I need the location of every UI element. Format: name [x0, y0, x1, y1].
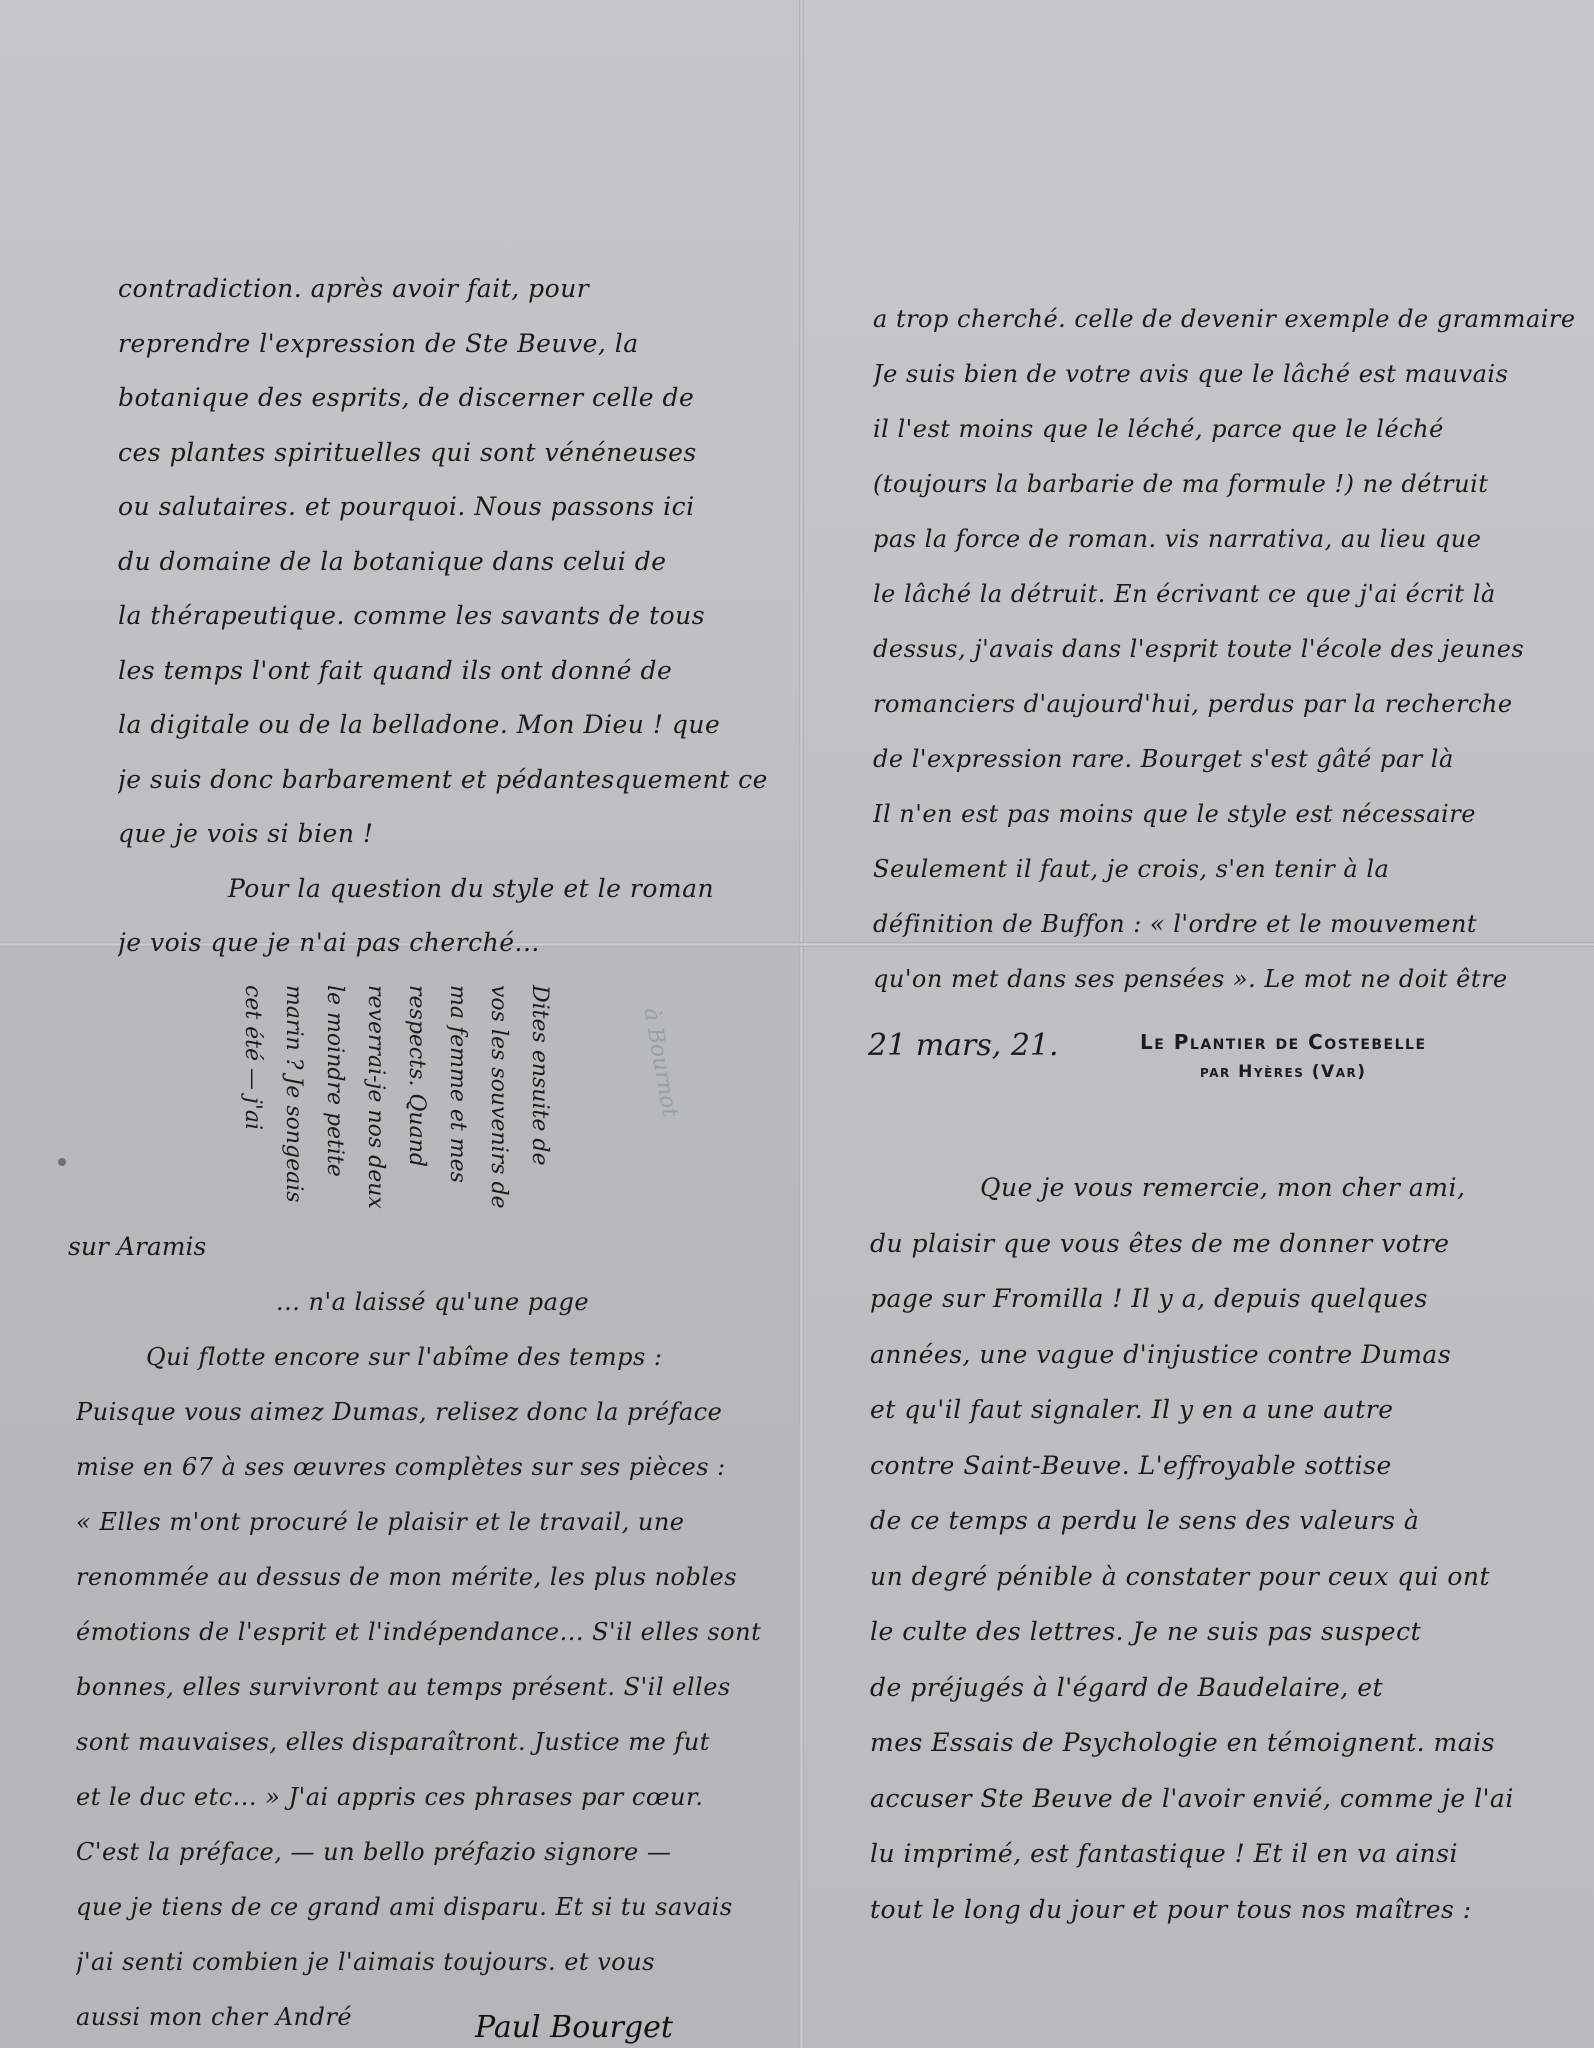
text-line: et le duc etc... » J'ai appris ces phras…: [76, 1770, 761, 1825]
text-line: je vois que je n'ai pas cherché...: [118, 916, 768, 971]
text-line: le lâché la détruit. En écrivant ce que …: [873, 567, 1576, 622]
margin-line: respects. Quand: [396, 985, 437, 1209]
margin-line: marin ? Je songeais: [273, 985, 314, 1209]
text-line: Il n'en est pas moins que le style est n…: [873, 787, 1576, 842]
margin-line: cet été — j'ai: [232, 985, 273, 1209]
text-line: bonnes, elles survivront au temps présen…: [76, 1660, 761, 1715]
text-line: accuser Ste Beuve de l'avoir envié, comm…: [870, 1771, 1514, 1827]
text-line: sont mauvaises, elles disparaîtront. Jus…: [76, 1715, 761, 1770]
text-line: et qu'il faut signaler. Il y en a une au…: [870, 1382, 1514, 1438]
text-line: du domaine de la botanique dans celui de: [118, 535, 768, 590]
letterhead: Le Plantier de Costebelle par Hyères (Va…: [1140, 1030, 1427, 1082]
text-line: romanciers d'aujourd'hui, perdus par la …: [873, 677, 1576, 732]
text-line: Je suis bien de votre avis que le lâché …: [873, 347, 1576, 402]
text-line: j'ai senti combien je l'aimais toujours.…: [76, 1935, 761, 1990]
text-line: Que je vous remercie, mon cher ami,: [870, 1160, 1514, 1216]
letter-date: 21 mars, 21.: [868, 1028, 1059, 1063]
text-line: émotions de l'esprit et l'indépendance..…: [76, 1605, 761, 1660]
text-line: de ce temps a perdu le sens des valeurs …: [870, 1493, 1514, 1549]
sur-line: sur Aramis: [68, 1232, 206, 1261]
text-line: reprendre l'expression de Ste Beuve, la: [118, 317, 768, 372]
text-line: il l'est moins que le léché, parce que l…: [873, 402, 1576, 457]
page-bottom-right-text: Que je vous remercie, mon cher ami, du p…: [870, 1160, 1514, 1937]
text-line: renommée au dessus de mon mérite, les pl…: [76, 1550, 761, 1605]
text-line: ... n'a laissé qu'une page: [76, 1275, 761, 1330]
text-line: années, une vague d'injustice contre Dum…: [870, 1327, 1514, 1383]
text-line: pas la force de roman. vis narrativa, au…: [873, 512, 1576, 567]
signature: Paul Bourget: [475, 2010, 673, 2045]
page-top-left-text: contradiction. après avoir fait, pour re…: [118, 262, 768, 971]
text-line: qu'on met dans ses pensées ». Le mot ne …: [873, 952, 1576, 1007]
text-line: mise en 67 à ses œuvres complètes sur se…: [76, 1440, 761, 1495]
text-line: lu imprimé, est fantastique ! Et il en v…: [870, 1826, 1514, 1882]
page-top-right-text: a trop cherché. celle de devenir exemple…: [873, 292, 1576, 1007]
text-line: « Elles m'ont procuré le plaisir et le t…: [76, 1495, 761, 1550]
text-line: dessus, j'avais dans l'esprit toute l'éc…: [873, 622, 1576, 677]
text-line: Pour la question du style et le roman: [118, 862, 768, 917]
text-line: je suis donc barbarement et pédantesquem…: [118, 753, 768, 808]
text-line: C'est la préface, — un bello préfazio si…: [76, 1825, 761, 1880]
vertical-margin-note: Dites ensuite de vos les souvenirs de ma…: [180, 985, 470, 1275]
margin-line: vos les souvenirs de: [478, 985, 519, 1209]
ink-spot: [58, 1158, 66, 1166]
vertical-fold-crease: [799, 0, 804, 2048]
text-line: de préjugés à l'égard de Baudelaire, et: [870, 1660, 1514, 1716]
text-line: contre Saint-Beuve. L'effroyable sottise: [870, 1438, 1514, 1494]
text-line: que je tiens de ce grand ami disparu. Et…: [76, 1880, 761, 1935]
text-line: Qui flotte encore sur l'abîme des temps …: [76, 1330, 761, 1385]
text-line: mes Essais de Psychologie en témoignent.…: [870, 1715, 1514, 1771]
text-line: a trop cherché. celle de devenir exemple…: [873, 292, 1576, 347]
text-line: les temps l'ont fait quand ils ont donné…: [118, 644, 768, 699]
text-line: contradiction. après avoir fait, pour: [118, 262, 768, 317]
text-line: de l'expression rare. Bourget s'est gâté…: [873, 732, 1576, 787]
text-line: définition de Buffon : « l'ordre et le m…: [873, 897, 1576, 952]
text-line: la digitale ou de la belladone. Mon Dieu…: [118, 698, 768, 753]
page-bottom-left-text: ... n'a laissé qu'une page Qui flotte en…: [76, 1275, 761, 2045]
text-line: page sur Fromilla ! Il y a, depuis quelq…: [870, 1271, 1514, 1327]
letterhead-line-1: Le Plantier de Costebelle: [1140, 1030, 1427, 1054]
text-line: (toujours la barbarie de ma formule !) n…: [873, 457, 1576, 512]
text-line: Puisque vous aimez Dumas, relisez donc l…: [76, 1385, 761, 1440]
margin-line: Dites ensuite de: [519, 985, 560, 1209]
text-line: tout le long du jour et pour tous nos ma…: [870, 1882, 1514, 1938]
text-line: que je vois si bien !: [118, 807, 768, 862]
text-line: ces plantes spirituelles qui sont vénéne…: [118, 426, 768, 481]
text-line: du plaisir que vous êtes de me donner vo…: [870, 1216, 1514, 1272]
text-line: le culte des lettres. Je ne suis pas sus…: [870, 1604, 1514, 1660]
text-line: la thérapeutique. comme les savants de t…: [118, 589, 768, 644]
text-line: ou salutaires. et pourquoi. Nous passons…: [118, 480, 768, 535]
margin-line: le moindre petite: [314, 985, 355, 1209]
margin-line: ma femme et mes: [437, 985, 478, 1209]
text-line: un degré pénible à constater pour ceux q…: [870, 1549, 1514, 1605]
margin-line: reverrai-je nos deux: [355, 985, 396, 1209]
text-line: Seulement il faut, je crois, s'en tenir …: [873, 842, 1576, 897]
text-line: botanique des esprits, de discerner cell…: [118, 371, 768, 426]
letterhead-line-2: par Hyères (Var): [1140, 1062, 1427, 1082]
